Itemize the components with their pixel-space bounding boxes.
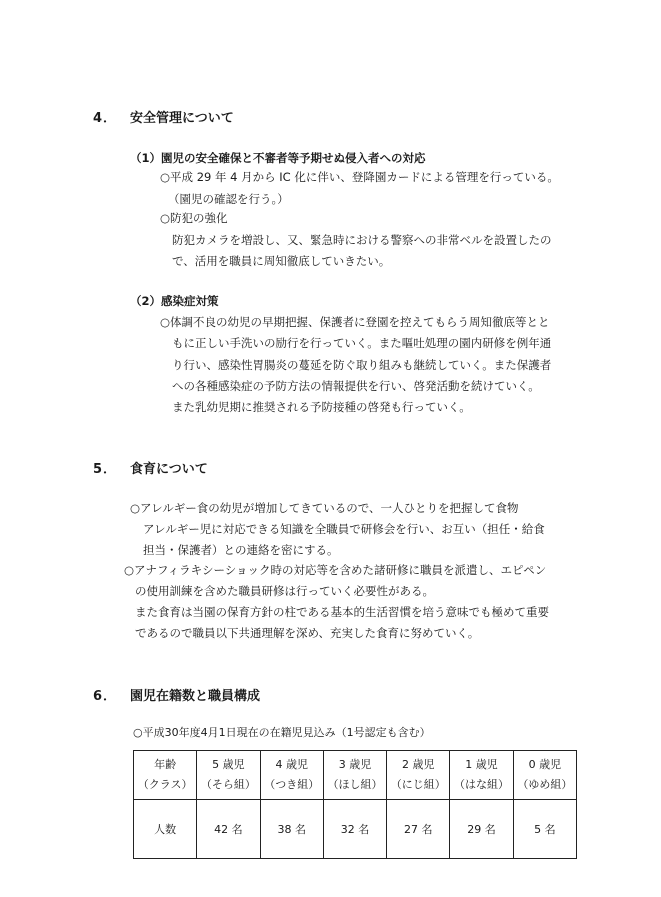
enrollment-table: 年齢 （クラス） 5 歳児 （そら組） 4 歳児 （つき組） 3 歳児 （ほし組… — [133, 750, 577, 859]
section-title: 園児在籍数と職員構成 — [130, 685, 260, 704]
paragraph-line: アレルギー児に対応できる知識を全職員で研修会を行い、お互い（担任・給食 — [143, 518, 545, 540]
header-label-age: 年齢 — [134, 755, 196, 775]
count-cell: 29 名 — [450, 800, 513, 859]
column-class: （つき組） — [261, 775, 323, 795]
paragraph-line: で、活用を職員に周知徹底していきたい。 — [172, 250, 390, 272]
count-cell: 38 名 — [260, 800, 323, 859]
section-title: 安全管理について — [130, 107, 234, 126]
paragraph-line: ○体調不良の幼児の早期把握、保護者に登園を控えてもらう周知徹底等とと — [160, 311, 550, 333]
table-header-row: 年齢 （クラス） 5 歳児 （そら組） 4 歳児 （つき組） 3 歳児 （ほし組… — [134, 751, 577, 800]
paragraph-line: 防犯カメラを増設し、又、緊急時における警察への非常ベルを設置したの — [172, 229, 552, 251]
section-number: 6． — [93, 685, 117, 704]
column-class: （にじ組） — [387, 775, 449, 795]
paragraph-line: への各種感染症の予防方法の情報提供を行い、啓発活動を続けていく。 — [172, 375, 540, 397]
header-cell: 3 歳児 （ほし組） — [323, 751, 386, 800]
table-row: 人数 42 名 38 名 32 名 27 名 29 名 5 名 — [134, 800, 577, 859]
column-class: （そら組） — [197, 775, 259, 795]
paragraph-line: であるので職員以下共通理解を深め、充実した食育に努めていく。 — [135, 622, 479, 644]
count-cell: 5 名 — [513, 800, 576, 859]
enrollment-note: ○平成30年度4月1日現在の在籍児見込み（1号認定も含む） — [133, 722, 431, 744]
column-class: （ゆめ組） — [514, 775, 576, 795]
subsection-heading: （2）感染症対策 — [130, 293, 219, 309]
paragraph-line: り行い、感染性胃腸炎の蔓延を防ぐ取り組みも継続していく。また保護者 — [172, 354, 551, 376]
header-label-cell: 年齢 （クラス） — [134, 751, 197, 800]
header-cell: 4 歳児 （つき組） — [260, 751, 323, 800]
header-label-class: （クラス） — [134, 775, 196, 795]
paragraph-line: ○アナフィラキシーショック時の対応等を含めた諸研修に職員を派遣し、エピペン — [124, 559, 546, 581]
header-cell: 0 歳児 （ゆめ組） — [513, 751, 576, 800]
subsection-heading: （1）園児の安全確保と不審者等予期せぬ侵入者への対応 — [130, 150, 426, 166]
count-cell: 42 名 — [197, 800, 260, 859]
paragraph-line: また乳幼児期に推奨される予防接種の啓発も行っていく。 — [172, 396, 471, 418]
section-number: 5． — [93, 458, 117, 477]
paragraph-line: ○防犯の強化 — [160, 207, 228, 229]
paragraph-line: の使用訓練を含めた職員研修は行っていく必要性がある。 — [135, 580, 434, 602]
section-title: 食育について — [130, 458, 208, 477]
paragraph-line: また食育は当園の保育方針の柱である基本的生活習慣を培う意味でも極めて重要 — [135, 601, 549, 623]
count-cell: 32 名 — [323, 800, 386, 859]
column-age: 4 歳児 — [261, 755, 323, 775]
row-label-cell: 人数 — [134, 800, 197, 859]
column-class: （ほし組） — [324, 775, 386, 795]
section-number: 4． — [93, 107, 117, 126]
header-cell: 1 歳児 （はな組） — [450, 751, 513, 800]
header-cell: 5 歳児 （そら組） — [197, 751, 260, 800]
paragraph-line: ○平成 29 年 4 月から IC 化に伴い、登降園カードによる管理を行っている… — [160, 166, 559, 188]
paragraph-line: ○アレルギー食の幼児が増加してきているので、一人ひとりを把握して食物 — [130, 497, 519, 519]
count-cell: 27 名 — [387, 800, 450, 859]
column-age: 1 歳児 — [450, 755, 512, 775]
column-age: 0 歳児 — [514, 755, 576, 775]
column-age: 5 歳児 — [197, 755, 259, 775]
header-cell: 2 歳児 （にじ組） — [387, 751, 450, 800]
paragraph-line: もに正しい手洗いの励行を行っていく。また嘔吐処理の園内研修を例年通 — [172, 332, 551, 354]
column-class: （はな組） — [450, 775, 512, 795]
column-age: 3 歳児 — [324, 755, 386, 775]
column-age: 2 歳児 — [387, 755, 449, 775]
paragraph-line: 担当・保護者）との連絡を密にする。 — [143, 539, 339, 561]
